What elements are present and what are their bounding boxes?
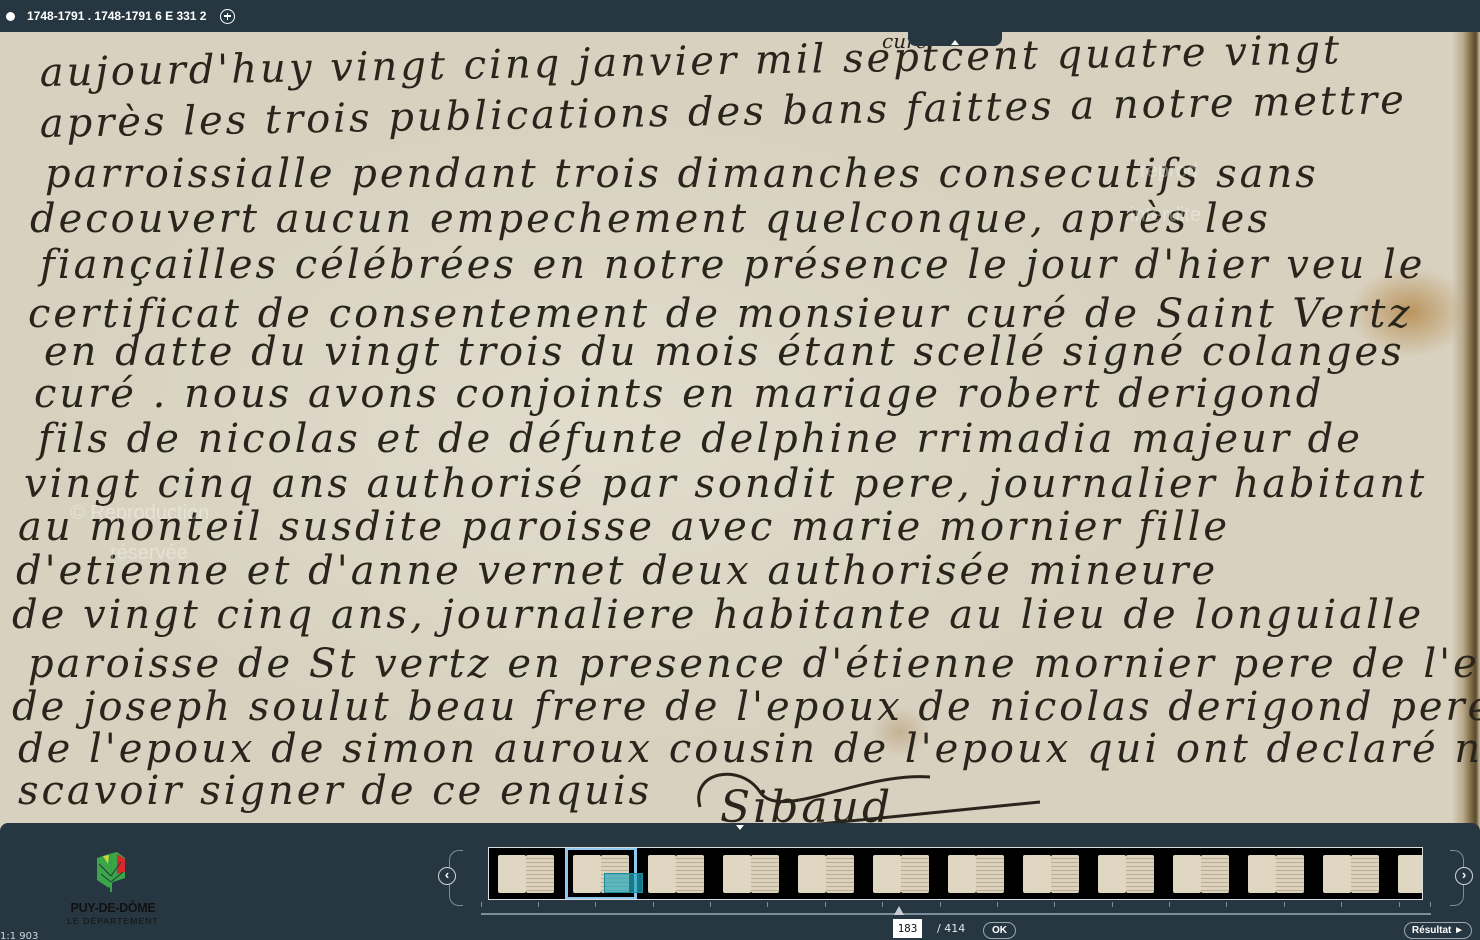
svg-text:curé . nous avons conjoints en: curé . nous avons conjoints en mariage r… bbox=[34, 371, 1324, 417]
collapse-header-button[interactable] bbox=[908, 32, 1002, 46]
scale-indicator: 1:1 903 bbox=[0, 931, 38, 940]
page-slider[interactable] bbox=[481, 913, 1431, 915]
svg-text:parroissialle pendant trois di: parroissialle pendant trois dimanches co… bbox=[45, 151, 1319, 197]
collapse-footer-button[interactable] bbox=[0, 823, 1480, 842]
svg-text:de l'epoux de simon auroux cou: de l'epoux de simon auroux cousin de l'e… bbox=[18, 726, 1480, 772]
page-number-input[interactable] bbox=[893, 919, 922, 938]
triangle-up-icon bbox=[951, 40, 959, 45]
triangle-down-icon bbox=[736, 825, 744, 830]
title-bar: 1748-1791 . 1748-1791 6 E 331 2 bbox=[0, 0, 1480, 32]
logo-subtitle: LE DÉPARTEMENT bbox=[66, 916, 160, 926]
chevron-right-icon: › bbox=[1462, 867, 1466, 882]
thumbnail[interactable] bbox=[1244, 851, 1308, 896]
go-to-page-button[interactable]: OK bbox=[983, 922, 1016, 939]
thumbnail[interactable] bbox=[1319, 851, 1383, 896]
previous-thumbnails-button[interactable]: ‹ bbox=[438, 867, 456, 885]
svg-text:paroisse de St vertz en presen: paroisse de St vertz en presence d'étien… bbox=[28, 641, 1480, 687]
thumbnail-selected[interactable] bbox=[569, 851, 633, 896]
svg-text:vingt cinq ans authorisé par s: vingt cinq ans authorisé par sondit pere… bbox=[24, 461, 1427, 507]
svg-text:fiançailles célébrées en notre: fiançailles célébrées en notre présence … bbox=[37, 242, 1425, 288]
thumbnail[interactable] bbox=[1394, 851, 1423, 896]
logo-name: PUY-DE-DÔME bbox=[66, 901, 160, 915]
document-viewer[interactable]: curé aujourd'huy vingt cinq janvier mil … bbox=[0, 32, 1480, 842]
svg-text:d'etienne et d'anne vernet deu: d'etienne et d'anne vernet deux authoris… bbox=[16, 548, 1218, 594]
thumbnail[interactable] bbox=[494, 851, 558, 896]
puy-de-dome-logo: PUY-DE-DÔME LE DÉPARTEMENT bbox=[66, 852, 160, 930]
thumbnail[interactable] bbox=[719, 851, 783, 896]
watermark-text: © Reproduction bbox=[70, 502, 209, 525]
thumbnail[interactable] bbox=[944, 851, 1008, 896]
chevron-left-icon: ‹ bbox=[445, 867, 449, 882]
slider-ticks bbox=[481, 902, 1431, 908]
svg-text:de vingt cinq ans, journaliere: de vingt cinq ans, journaliere habitante… bbox=[12, 592, 1424, 638]
svg-text:en datte du vingt trois du moi: en datte du vingt trois du mois étant sc… bbox=[44, 329, 1405, 375]
thumbnail[interactable] bbox=[794, 851, 858, 896]
page-slider-handle[interactable] bbox=[894, 906, 904, 915]
page-total: / 414 bbox=[937, 922, 965, 935]
svg-text:decouvert aucun empechement qu: decouvert aucun empechement quelconque, … bbox=[30, 196, 1271, 242]
results-button[interactable]: Résultat ► bbox=[1404, 922, 1472, 939]
watermark-text: reprod bbox=[1140, 160, 1198, 183]
navigation-panel: PUY-DE-DÔME LE DÉPARTEMENT 1:1 903 ‹ › /… bbox=[0, 842, 1480, 940]
svg-text:fils de nicolas et de défunte: fils de nicolas et de défunte delphine r… bbox=[35, 416, 1363, 462]
thumbnail[interactable] bbox=[869, 851, 933, 896]
watermark-text: réservée bbox=[110, 542, 188, 565]
dot-icon bbox=[6, 12, 15, 21]
thumbnail[interactable] bbox=[1094, 851, 1158, 896]
thumbnail[interactable] bbox=[1019, 851, 1083, 896]
svg-text:de joseph soulut beau frere de: de joseph soulut beau frere de l'epoux d… bbox=[12, 684, 1480, 730]
manuscript-image: curé aujourd'huy vingt cinq janvier mil … bbox=[0, 32, 1480, 842]
add-tab-button[interactable] bbox=[220, 9, 235, 24]
thumbnail-strip[interactable] bbox=[488, 847, 1423, 900]
next-thumbnails-button[interactable]: › bbox=[1455, 867, 1473, 885]
thumbnail[interactable] bbox=[644, 851, 708, 896]
leaf-logo-icon bbox=[93, 852, 129, 892]
thumbnail[interactable] bbox=[1169, 851, 1233, 896]
watermark-text: interdite bbox=[1130, 204, 1201, 227]
svg-text:scavoir signer de ce enquis: scavoir signer de ce enquis bbox=[18, 768, 652, 814]
viewport-indicator[interactable] bbox=[604, 873, 643, 893]
document-title: 1748-1791 . 1748-1791 6 E 331 2 bbox=[27, 9, 206, 23]
